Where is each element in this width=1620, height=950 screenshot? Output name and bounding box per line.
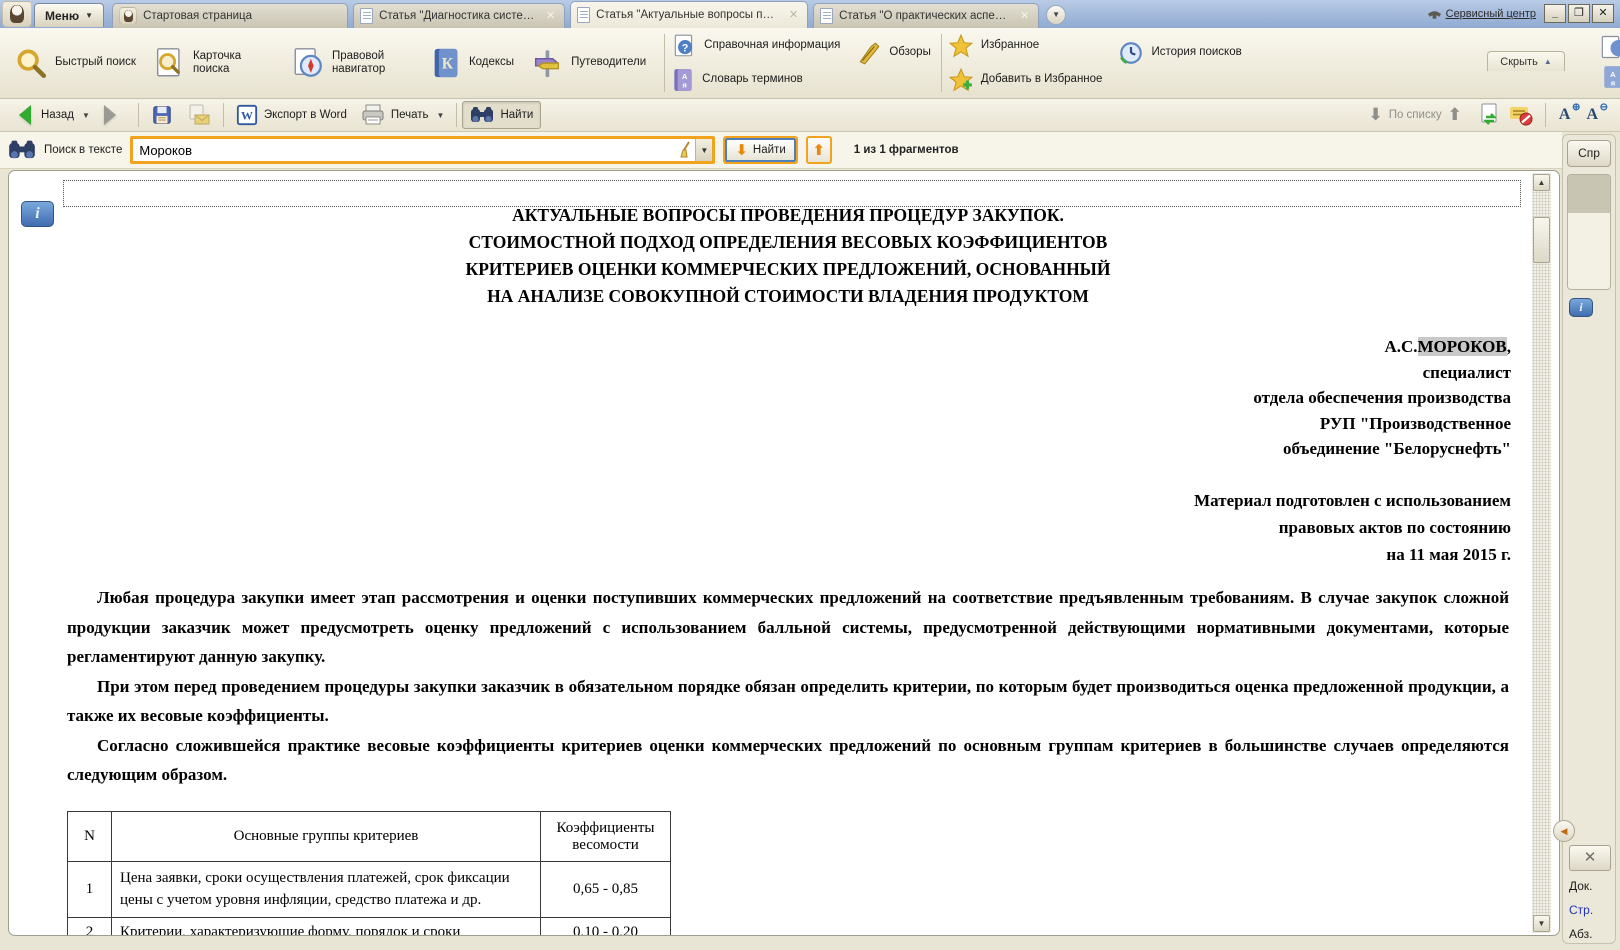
tab-article-3[interactable]: Статья "О практических аспектах с... ✕ xyxy=(813,3,1039,28)
chevron-down-icon: ▼ xyxy=(85,11,93,20)
find-toggle-button[interactable]: Найти xyxy=(462,101,541,129)
scroll-down-button[interactable]: ▼ xyxy=(1533,915,1550,932)
info-icon[interactable]: i xyxy=(1569,298,1593,317)
criteria-table: N Основные группы критериев Коэффициенты… xyxy=(67,811,671,936)
reference-info-label: Справочная информация xyxy=(704,39,840,52)
find-up-arrow-icon: ⬆ xyxy=(812,141,825,159)
chevron-down-icon[interactable]: ▼ xyxy=(437,111,445,120)
table-header-row: N Основные группы критериев Коэффициенты… xyxy=(68,812,671,862)
search-hit: МОРОКОВ xyxy=(1418,337,1507,356)
magnifier-icon xyxy=(14,46,48,80)
collapse-panel-button[interactable]: ◀ xyxy=(1553,820,1575,842)
print-label: Печать xyxy=(391,109,429,121)
find-down-arrow-icon: ⬇ xyxy=(735,141,748,159)
find-previous-button[interactable]: ⬆ xyxy=(806,136,832,164)
menu-button[interactable]: Меню ▼ xyxy=(34,3,104,27)
reviews-label: Обзоры xyxy=(889,46,930,59)
paragraph: При этом перед проведением процедуры зак… xyxy=(67,672,1509,731)
main-toolbar: Быстрый поиск Карточка поиска Правовой н… xyxy=(0,28,1620,99)
next-in-list-icon[interactable]: ⬇ xyxy=(1368,105,1382,125)
vertical-scrollbar[interactable]: ▲ ▼ xyxy=(1532,173,1551,933)
tab-label: Стартовая страница xyxy=(143,10,341,22)
card-search-icon xyxy=(152,46,186,80)
doc-question-icon: ? xyxy=(671,33,697,59)
search-card-button[interactable]: Карточка поиска xyxy=(146,42,285,84)
font-increase-button[interactable]: A⊕ xyxy=(1557,104,1579,126)
restore-button[interactable]: ❐ xyxy=(1568,4,1590,23)
svg-text:А: А xyxy=(1610,70,1616,79)
print-button[interactable]: Печать ▼ xyxy=(354,101,452,129)
find-button-label: Найти xyxy=(753,144,786,156)
close-icon[interactable]: ✕ xyxy=(786,8,801,23)
back-label: Назад xyxy=(41,109,74,121)
export-word-button[interactable]: W Экспорт в Word xyxy=(229,101,354,129)
close-panel-button[interactable]: ✕ xyxy=(1569,845,1611,871)
close-icon[interactable]: ✕ xyxy=(543,9,558,24)
search-in-text-bar: Поиск в тексте ▼ ⬇ Найти ⬆ 1 из 1 фрагме… xyxy=(0,132,1562,169)
floppy-icon xyxy=(151,104,173,126)
criteria-table-wrap: N Основные группы критериев Коэффициенты… xyxy=(67,811,677,936)
tab-label: Статья "Диагностика системы снаб... xyxy=(379,10,537,22)
document-icon xyxy=(360,8,373,24)
author-line: А.С.МОРОКОВ, xyxy=(65,334,1511,360)
menu-label: Меню xyxy=(45,9,79,23)
glossary-label: Словарь терминов xyxy=(702,73,803,86)
close-window-button[interactable]: ✕ xyxy=(1592,4,1614,23)
tab-list-dropdown-button[interactable]: ▼ xyxy=(1046,5,1066,25)
chevron-down-icon[interactable]: ▼ xyxy=(82,111,90,120)
scroll-up-button[interactable]: ▲ xyxy=(1533,174,1550,191)
document-minimap[interactable] xyxy=(1567,174,1611,290)
reviews-button[interactable]: Обзоры xyxy=(850,36,940,70)
binoculars-icon xyxy=(470,105,494,125)
quick-search-label: Быстрый поиск xyxy=(55,56,136,69)
svg-text:W: W xyxy=(241,109,253,123)
paragraph-mode-label[interactable]: Абз. xyxy=(1569,927,1592,941)
clipped-toolbar-icon[interactable] xyxy=(1594,34,1620,60)
hide-label: Скрыть xyxy=(1500,56,1538,68)
book-icon: К xyxy=(430,46,462,80)
document-icon xyxy=(820,8,833,24)
add-to-favorites-button[interactable]: Добавить в Избранное xyxy=(942,65,1113,95)
favorites-button[interactable]: Избранное xyxy=(942,31,1113,61)
add-to-favorites-label: Добавить в Избранное xyxy=(981,73,1103,86)
right-sidebar: Спр i ◀ ✕ Док. Стр. Абз. xyxy=(1562,134,1616,944)
signpost-icon xyxy=(530,46,564,80)
clear-broom-icon[interactable] xyxy=(675,139,695,161)
pen-icon xyxy=(856,40,882,66)
body-paragraphs: Любая процедура закупки имеет этап рассм… xyxy=(67,583,1509,790)
fragment-count: 1 из 1 фрагментов xyxy=(854,144,959,156)
export-word-label: Экспорт в Word xyxy=(264,109,347,121)
svg-text:я: я xyxy=(683,81,687,90)
by-list-label: По списку xyxy=(1389,109,1442,121)
author-block: А.С.МОРОКОВ, специалист отдела обеспечен… xyxy=(65,334,1511,462)
minimize-button[interactable]: _ xyxy=(1544,4,1566,23)
document-title: АКТУАЛЬНЫЕ ВОПРОСЫ ПРОВЕДЕНИЯ ПРОЦЕДУР З… xyxy=(65,202,1511,310)
find-button[interactable]: ⬇ Найти xyxy=(723,136,797,164)
dictionary-book-icon: Ая xyxy=(671,67,695,93)
favorites-label: Избранное xyxy=(981,39,1039,52)
guides-label: Путеводители xyxy=(571,56,646,69)
tab-article-2-active[interactable]: Статья "Актуальные вопросы прове... ✕ xyxy=(570,1,808,28)
paragraph: Согласно сложившейся практике весовые ко… xyxy=(67,731,1509,790)
forward-arrow-icon xyxy=(104,105,126,125)
tab-article-1[interactable]: Статья "Диагностика системы снаб... ✕ xyxy=(353,3,565,28)
table-row: 2 Критерии, характеризующие форму, поряд… xyxy=(68,918,671,937)
help-label: Спр xyxy=(1578,146,1600,160)
search-input[interactable] xyxy=(133,139,675,161)
search-input-wrap: ▼ xyxy=(130,136,715,164)
search-history-button[interactable]: История поисков xyxy=(1112,36,1251,70)
search-in-text-label: Поиск в тексте xyxy=(44,144,122,156)
word-icon: W xyxy=(236,104,258,126)
help-panel-button[interactable]: Спр xyxy=(1567,140,1611,167)
search-card-label: Карточка поиска xyxy=(193,50,275,76)
titlebar: Меню ▼ Стартовая страница Статья "Диагно… xyxy=(0,0,1620,28)
legal-navigator-label: Правовой навигатор xyxy=(332,50,414,76)
app-logo-icon xyxy=(119,7,137,25)
table-row: 1 Цена заявки, сроки осуществления плате… xyxy=(68,862,671,918)
codes-button[interactable]: К Кодексы xyxy=(424,42,524,84)
printer-icon xyxy=(361,104,385,126)
app-logo-icon[interactable] xyxy=(2,1,32,27)
service-center-link[interactable]: Сервисный центр xyxy=(1427,8,1536,20)
reference-info-button[interactable]: ? Справочная информация xyxy=(665,31,850,61)
quick-search-button[interactable]: Быстрый поиск xyxy=(8,42,146,84)
svg-text:К: К xyxy=(442,56,454,73)
paragraph: Любая процедура закупки имеет этап рассм… xyxy=(67,583,1509,672)
scrollbar-thumb[interactable] xyxy=(1533,217,1550,263)
forward-button[interactable] xyxy=(97,102,133,128)
info-icon[interactable]: i xyxy=(21,201,54,227)
glossary-button[interactable]: Ая Словарь терминов xyxy=(665,65,850,95)
search-history-dropdown[interactable]: ▼ xyxy=(695,139,712,161)
chevron-up-icon: ▲ xyxy=(1544,57,1552,66)
star-icon xyxy=(948,33,974,59)
close-icon[interactable]: ✕ xyxy=(1017,9,1032,24)
back-arrow-icon xyxy=(13,105,35,125)
codes-label: Кодексы xyxy=(469,56,514,69)
comment-off-icon[interactable] xyxy=(1508,103,1534,127)
binoculars-icon xyxy=(8,138,36,162)
document-icon xyxy=(577,7,590,23)
history-clock-icon xyxy=(1118,40,1144,66)
service-center-label: Сервисный центр xyxy=(1446,8,1536,20)
prev-in-list-icon[interactable]: ⬆ xyxy=(1448,105,1462,125)
compass-icon xyxy=(291,46,325,80)
svg-text:?: ? xyxy=(682,42,689,54)
svg-text:я: я xyxy=(1611,79,1615,88)
page-mode-link[interactable]: Стр. xyxy=(1569,903,1593,917)
search-history-label: История поисков xyxy=(1151,46,1241,59)
nav-toolbar: Назад ▼ W Экспорт в Word Печать ▼ Найти xyxy=(0,99,1620,132)
preparation-note: Материал подготовлен с использованием пр… xyxy=(65,487,1511,568)
legal-navigator-button[interactable]: Правовой навигатор xyxy=(285,42,424,84)
doc-refresh-icon[interactable] xyxy=(1478,103,1502,127)
tab-label: Статья "Актуальные вопросы прове... xyxy=(596,9,780,21)
star-plus-icon xyxy=(948,67,974,93)
hide-panel-button[interactable]: Скрыть ▲ xyxy=(1487,51,1565,71)
mail-icon xyxy=(187,104,211,126)
tab-start-page[interactable]: Стартовая страница xyxy=(112,3,348,28)
clipped-toolbar-icon[interactable]: Ая xyxy=(1594,64,1620,90)
back-button[interactable]: Назад ▼ xyxy=(6,102,97,128)
guides-button[interactable]: Путеводители xyxy=(524,42,656,84)
document-panel: i АКТУАЛЬНЫЕ ВОПРОСЫ ПРОВЕДЕНИЯ ПРОЦЕДУР… xyxy=(8,170,1560,936)
phone-icon xyxy=(1427,8,1442,20)
find-label: Найти xyxy=(500,109,533,121)
save-button[interactable] xyxy=(144,101,180,129)
doc-mode-label[interactable]: Док. xyxy=(1569,879,1593,893)
svg-text:А: А xyxy=(682,72,688,81)
send-mail-button[interactable] xyxy=(180,101,218,129)
font-decrease-button[interactable]: A⊖ xyxy=(1584,104,1606,126)
tab-bar: Стартовая страница Статья "Диагностика с… xyxy=(112,0,1066,28)
tab-label: Статья "О практических аспектах с... xyxy=(839,10,1011,22)
